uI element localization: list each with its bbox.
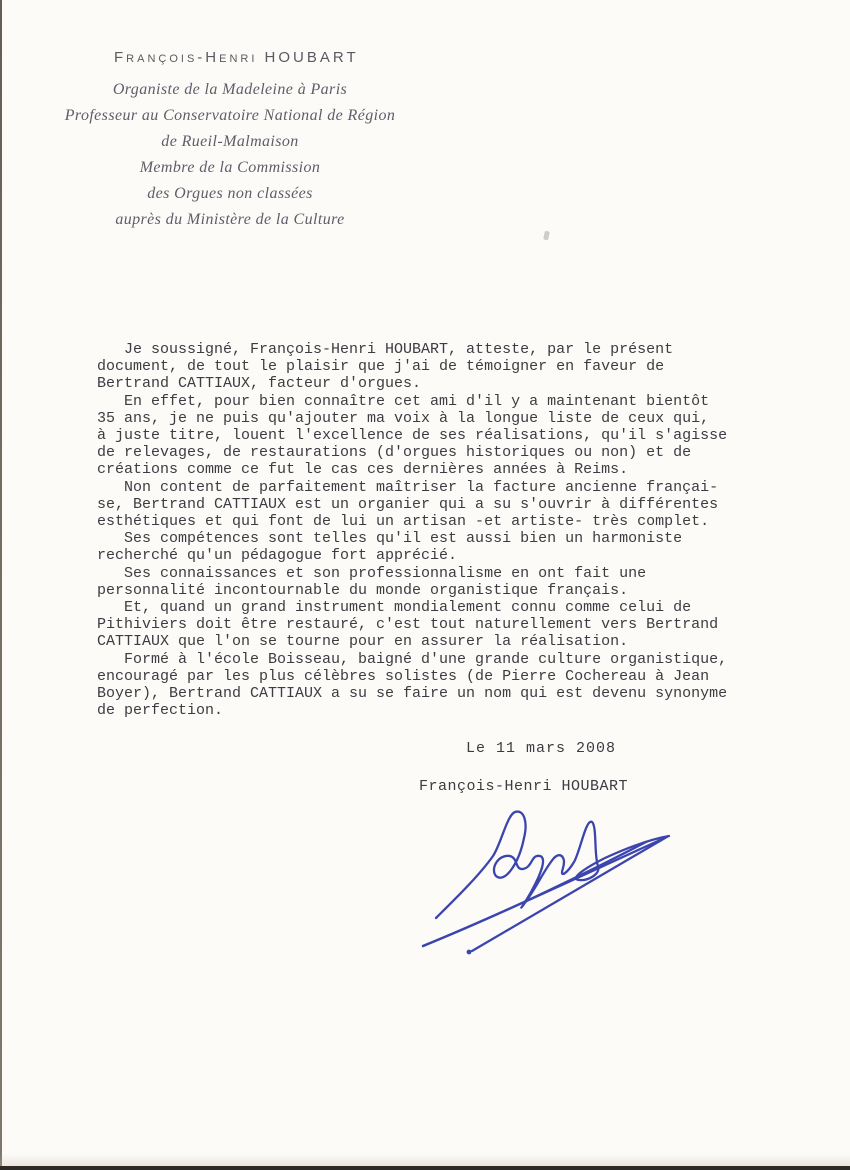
letter-body: Je soussigné, François-Henri HOUBART, at…	[97, 341, 797, 719]
body-line: encouragé par les plus célèbres solistes…	[97, 668, 797, 685]
scan-edge-bottom	[0, 1166, 850, 1170]
scan-edge-left	[0, 0, 2, 1170]
body-line: Non content de parfaitement maîtriser la…	[97, 479, 797, 496]
body-line: Formé à l'école Boisseau, baigné d'une g…	[97, 651, 797, 668]
body-line: Boyer), Bertrand CATTIAUX a su se faire …	[97, 685, 797, 702]
body-line: Pithiviers doit être restauré, c'est tou…	[97, 616, 797, 633]
letterhead-name: François-Henri HOUBART	[114, 49, 359, 66]
handwritten-signature-icon	[403, 806, 693, 976]
body-line: Je soussigné, François-Henri HOUBART, at…	[97, 341, 797, 358]
body-line: Ses connaissances et son professionnalis…	[97, 565, 797, 582]
body-line: créations comme ce fut le cas ces derniè…	[97, 461, 797, 478]
body-line: de perfection.	[97, 702, 797, 719]
body-line: Et, quand un grand instrument mondialeme…	[97, 599, 797, 616]
letterhead-title-line: des Orgues non classées	[55, 181, 405, 207]
body-line: de relevages, de restaurations (d'orgues…	[97, 444, 797, 461]
body-line: recherché qu'un pédagogue fort apprécié.	[97, 547, 797, 564]
body-line: document, de tout le plaisir que j'ai de…	[97, 358, 797, 375]
scan-artifact	[543, 231, 550, 241]
letter-date: Le 11 mars 2008	[466, 740, 616, 757]
body-line: CATTIAUX que l'on se tourne pour en assu…	[97, 633, 797, 650]
body-line: esthétiques et qui font de lui un artisa…	[97, 513, 797, 530]
letter-page: François-Henri HOUBART Organiste de la M…	[0, 0, 850, 1170]
letterhead-title-line: Organiste de la Madeleine à Paris	[55, 77, 405, 103]
body-line: à juste titre, louent l'excellence de se…	[97, 427, 797, 444]
letterhead-title-line: Professeur au Conservatoire National de …	[55, 103, 405, 129]
signatory-name: François-Henri HOUBART	[419, 778, 628, 795]
body-line: se, Bertrand CATTIAUX est un organier qu…	[97, 496, 797, 513]
body-line: personnalité incontournable du monde org…	[97, 582, 797, 599]
letterhead-titles: Organiste de la Madeleine à ParisProfess…	[55, 77, 405, 233]
letterhead-title-line: auprès du Ministère de la Culture	[55, 207, 405, 233]
letterhead-title-line: Membre de la Commission	[55, 155, 405, 181]
body-line: Ses compétences sont telles qu'il est au…	[97, 530, 797, 547]
body-line: 35 ans, je ne puis qu'ajouter ma voix à …	[97, 410, 797, 427]
body-line: Bertrand CATTIAUX, facteur d'orgues.	[97, 375, 797, 392]
letterhead-title-line: de Rueil-Malmaison	[55, 129, 405, 155]
scan-edge-bottom-tint	[0, 1154, 850, 1166]
body-line: En effet, pour bien connaître cet ami d'…	[97, 393, 797, 410]
